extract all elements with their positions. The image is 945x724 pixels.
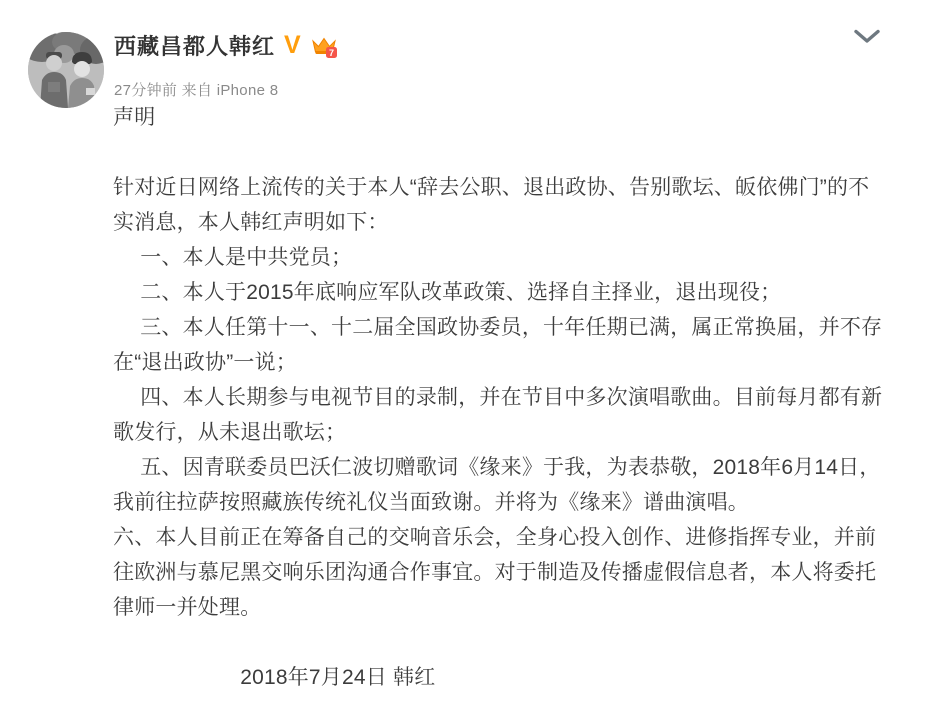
chevron-down-icon[interactable] — [851, 26, 883, 46]
vip-crown-badge[interactable]: 7 — [310, 35, 338, 59]
username[interactable]: 西藏昌都人韩红 — [114, 30, 275, 61]
avatar-image — [28, 32, 104, 108]
verified-v-badge: V — [284, 33, 301, 58]
weibo-post-card: 西藏昌都人韩红 V 7 27分钟前 来自 iPhone 8 声明 针对近日网络上… — [0, 0, 945, 724]
post-content: 声明 针对近日网络上流传的关于本人“辞去公职、退出政协、告别歌坛、皈依佛门”的不… — [113, 100, 883, 695]
vip-level-number: 7 — [329, 47, 334, 57]
post-meta: 27分钟前 来自 iPhone 8 — [114, 79, 278, 100]
username-row: 西藏昌都人韩红 V 7 — [114, 30, 338, 60]
avatar[interactable] — [28, 32, 104, 108]
